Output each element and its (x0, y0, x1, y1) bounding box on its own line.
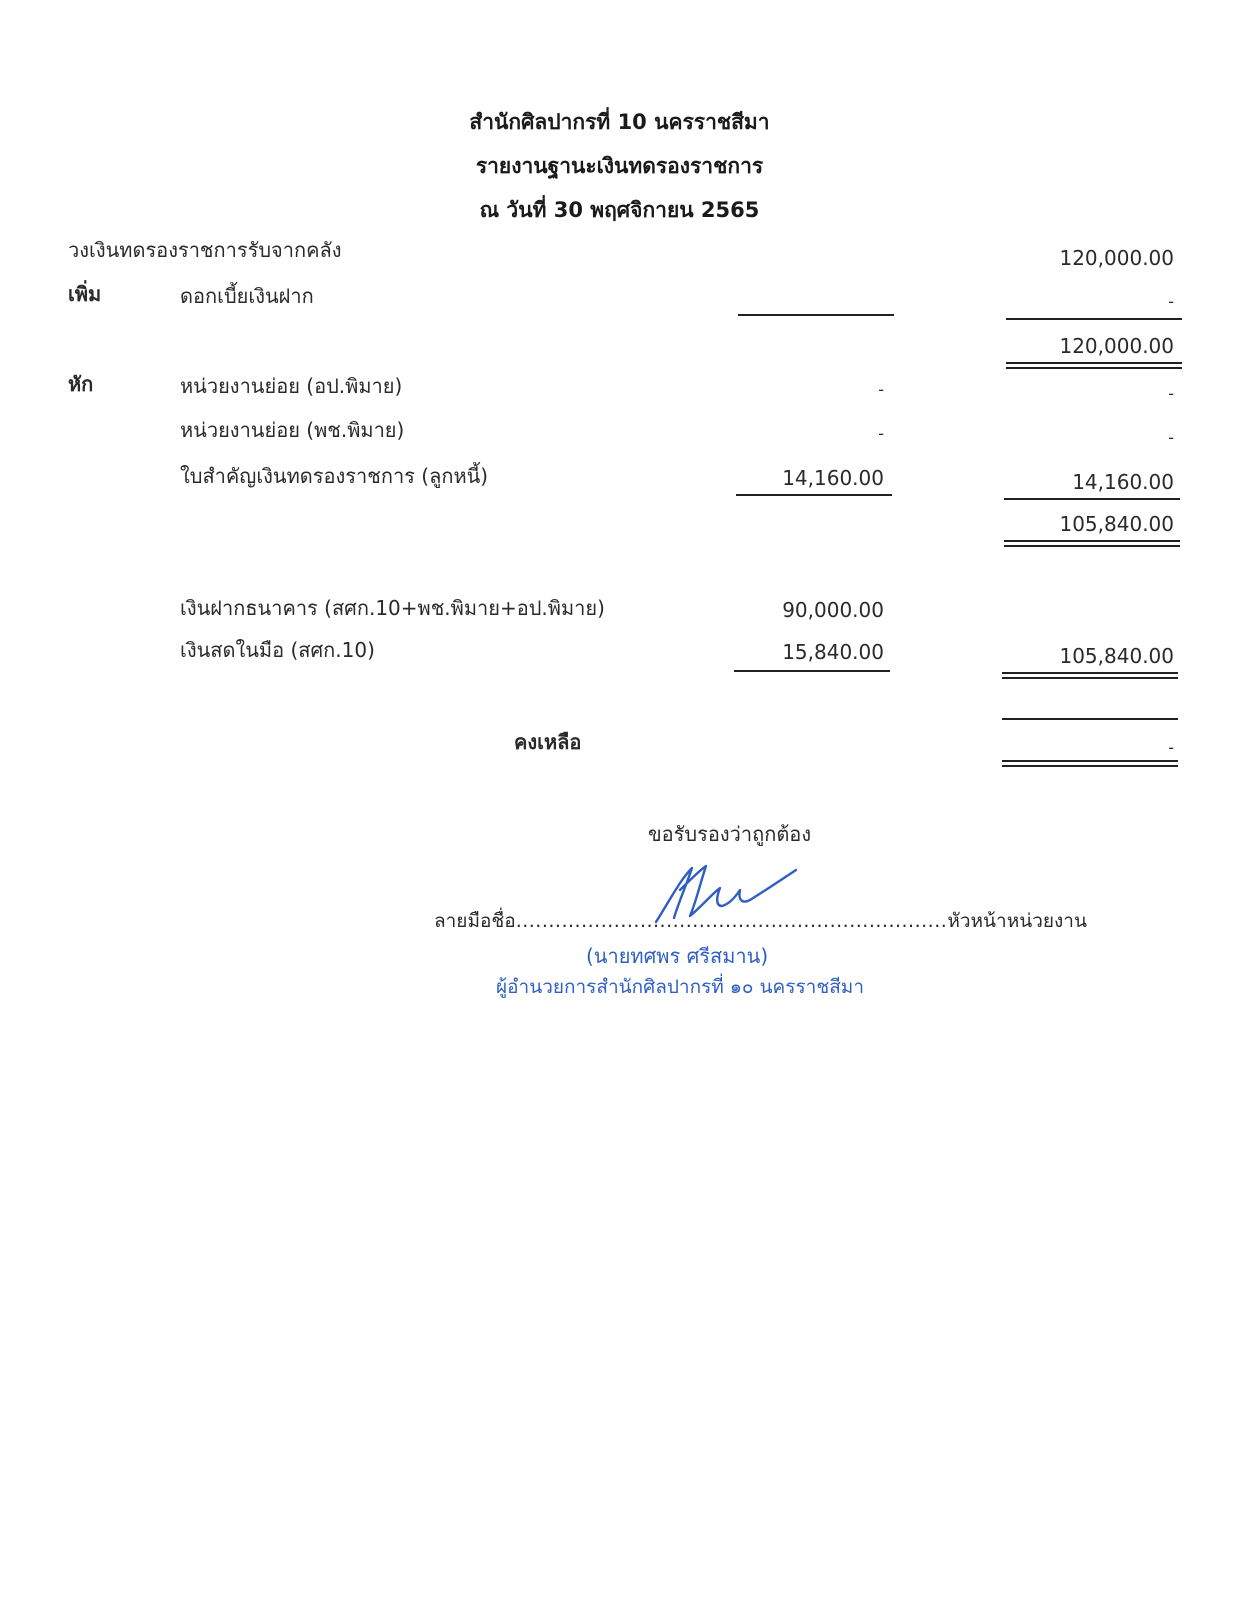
deduct-item-col-b: - (1008, 384, 1174, 403)
col-a-underline (734, 670, 890, 672)
certification-statement: ขอรับรองว่าถูกต้อง (648, 818, 811, 850)
balance-top-line (1002, 718, 1178, 720)
balance-label: คงเหลือ (514, 726, 581, 758)
add-section-label: เพิ่ม (68, 278, 101, 310)
cash-on-hand-label: เงินสดในมือ (สศก.10) (180, 634, 375, 666)
report-date: ณ วันที่ 30 พฤศจิกายน 2565 (0, 194, 1239, 227)
balance-double-underline (1002, 760, 1178, 767)
add-subtotal: 120,000.00 (1008, 334, 1174, 358)
report-title: รายงานฐานะเงินทดรองราชการ (0, 150, 1239, 183)
interest-amount: - (1008, 292, 1174, 311)
holdings-total: 105,840.00 (1008, 644, 1174, 668)
deduct-section-label: หัก (68, 368, 93, 400)
deduct-item-col-b: - (1008, 428, 1174, 447)
advance-received-label: วงเงินทดรองราชการรับจากคลัง (68, 234, 342, 266)
deduct-item-label: หน่วยงานย่อย (พช.พิมาย) (180, 414, 404, 446)
signer-role: หัวหน้าหน่วยงาน (947, 910, 1087, 932)
col-a-underline (736, 494, 892, 496)
bank-deposit-label: เงินฝากธนาคาร (สศก.10+พช.พิมาย+อป.พิมาย) (180, 592, 605, 624)
deduct-subtotal: 105,840.00 (1008, 512, 1174, 536)
signer-name: (นายทศพร ศรีสมาน) (586, 940, 768, 972)
col-b-underline (1004, 498, 1180, 500)
deduct-item-col-a: - (738, 380, 884, 399)
signature-label: ลายมือชื่อ (434, 910, 516, 932)
balance-amount: - (1008, 738, 1174, 757)
deduct-item-label: หน่วยงานย่อย (อป.พิมาย) (180, 370, 402, 402)
add-subtotal-double-underline (1006, 362, 1182, 369)
deduct-subtotal-double-underline (1004, 540, 1180, 547)
deduct-item-col-a: 14,160.00 (738, 466, 884, 490)
deduct-item-col-a: - (738, 424, 884, 443)
deduct-item-col-b: 14,160.00 (1008, 470, 1174, 494)
signer-position: ผู้อำนวยการสำนักศิลปากรที่ ๑๐ นครราชสีมา (496, 972, 864, 1002)
advance-received-amount: 120,000.00 (1008, 246, 1174, 270)
col-b-underline (1006, 318, 1182, 320)
bank-deposit-amount: 90,000.00 (738, 598, 884, 622)
deduct-item-label: ใบสำคัญเงินทดรองราชการ (ลูกหนี้) (180, 460, 488, 492)
holdings-double-underline (1002, 672, 1178, 679)
office-title: สำนักศิลปากรที่ 10 นครราชสีมา (0, 106, 1239, 139)
handwritten-signature (650, 860, 800, 930)
interest-label: ดอกเบี้ยเงินฝาก (180, 280, 314, 312)
col-a-underline (738, 314, 894, 316)
cash-on-hand-amount: 15,840.00 (738, 640, 884, 664)
